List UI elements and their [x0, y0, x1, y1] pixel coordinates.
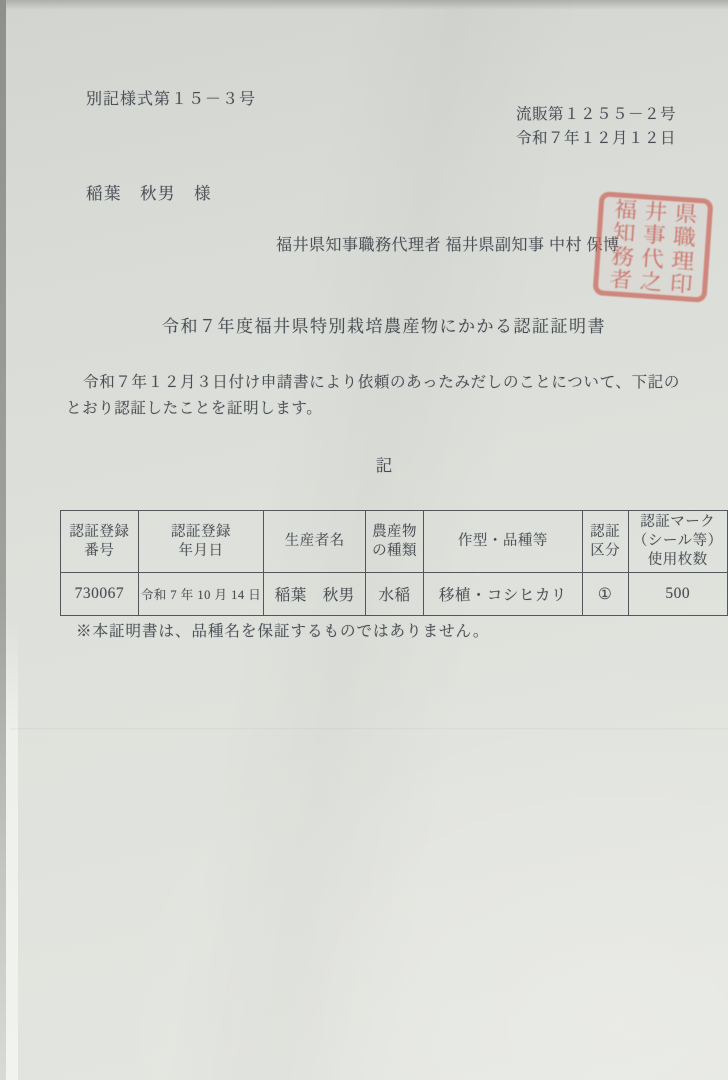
- paper-top-edge: [0, 0, 728, 10]
- paper-left-edge-highlight: [6, 620, 18, 1080]
- header-mark-sheet-count: 認証マーク （シール等） 使用枚数: [628, 511, 728, 573]
- header-product-type: 農産物 の種類: [366, 511, 424, 573]
- header-crop-variety: 作型・品種等: [423, 511, 582, 573]
- cell-registration-number: 730067: [61, 573, 139, 616]
- addressee: 稲葉 秋男 様: [86, 180, 212, 204]
- issuer-line: 福井県知事職務代理者 福井県副知事 中村 保博: [276, 232, 620, 255]
- cell-mark-sheet-count: 500: [628, 573, 728, 616]
- certificate-title: 令和７年度福井県特別栽培農産物にかかる認証証明書: [0, 312, 728, 337]
- footnote: ※本証明書は、品種名を保証するものではありません。: [76, 619, 489, 641]
- header-registration-number: 認証登録 番号: [61, 511, 139, 573]
- cell-crop-variety: 移植・コシヒカリ: [423, 573, 582, 616]
- issue-date: 令和７年１２月１２日: [516, 127, 676, 151]
- record-marker: 記: [0, 452, 728, 476]
- table-data-row: 730067 令和 7 年 10 月 14 日 稲葉 秋男 水稲 移植・コシヒカ…: [61, 573, 728, 616]
- paper-crease-line: [10, 728, 728, 731]
- header-producer-name: 生産者名: [264, 511, 366, 573]
- cell-product-type: 水稲: [366, 573, 424, 616]
- cell-certification-category: ①: [582, 573, 628, 616]
- body-paragraph: 令和７年１２月３日付け申請書により依頼のあったみだしのことについて、下記のとおり…: [66, 370, 680, 422]
- document-number-block: 流販第１２５５－２号令和７年１２月１２日: [516, 103, 676, 151]
- table-header-row: 認証登録 番号 認証登録 年月日 生産者名 農産物 の種類 作型・品種等 認証 …: [61, 511, 728, 573]
- seal-text-row: 者之印: [601, 267, 701, 296]
- header-certification-category: 認証 区分: [582, 511, 628, 573]
- official-red-seal: 福井県 知事職 務代理 者之印: [593, 191, 714, 303]
- certification-table: 認証登録 番号 認証登録 年月日 生産者名 農産物 の種類 作型・品種等 認証 …: [60, 510, 728, 616]
- header-registration-date: 認証登録 年月日: [138, 511, 264, 573]
- cell-producer-name: 稲葉 秋男: [264, 573, 366, 616]
- form-number: 別記様式第１５－３号: [86, 86, 256, 109]
- document-number: 流販第１２５５－２号: [516, 103, 676, 127]
- cell-registration-date: 令和 7 年 10 月 14 日: [138, 573, 264, 616]
